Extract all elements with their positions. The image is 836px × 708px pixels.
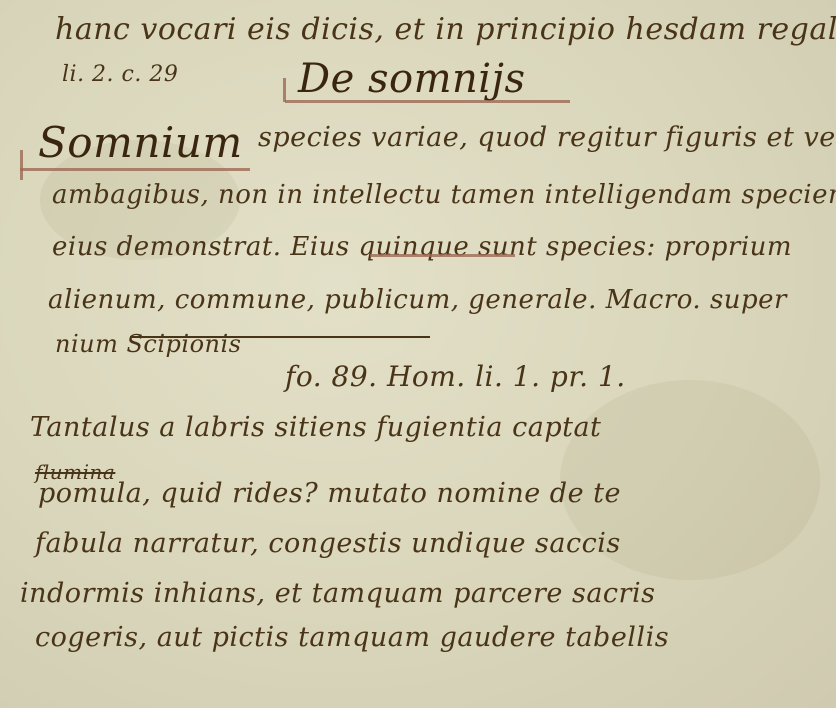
verse-line: Tantalus a labris sitiens fugientia capt… [30, 412, 601, 443]
text-line: eius demonstrat. Eius quinque sunt speci… [52, 232, 792, 262]
verse-line: fabula narratur, congestis undique sacci… [35, 528, 621, 559]
text-line: li. 2. c. 29 [62, 62, 178, 87]
heading-rubric-underline [285, 100, 570, 103]
manuscript-page: hanc vocari eis dicis, et in principio h… [0, 0, 836, 708]
rubric-underline [370, 254, 515, 257]
text-line: hanc vocari eis dicis, et in principio h… [55, 12, 836, 47]
citation-line: fo. 89. Hom. li. 1. pr. 1. [285, 360, 626, 393]
heading-rubric-mark [283, 78, 286, 102]
verse-line: pomula, quid rides? mutato nomine de te [38, 478, 621, 509]
text-underline [130, 336, 430, 338]
text-line: species variae, quod regitur figuris et … [258, 122, 836, 153]
text-line: alienum, commune, publicum, generale. Ma… [48, 285, 787, 315]
text-line: ambagibus, non in intellectu tamen intel… [52, 180, 836, 210]
verse-line: indormis inhians, et tamquam parcere sac… [20, 578, 655, 609]
verse-line: cogeris, aut pictis tamquam gaudere tabe… [35, 622, 669, 653]
text-line: nium Scipionis [55, 330, 241, 358]
section-heading: De somnijs [298, 56, 525, 102]
lemma-word: Somnium [38, 118, 243, 167]
lemma-rubric-mark [20, 150, 23, 180]
lemma-rubric-underline [20, 168, 250, 171]
